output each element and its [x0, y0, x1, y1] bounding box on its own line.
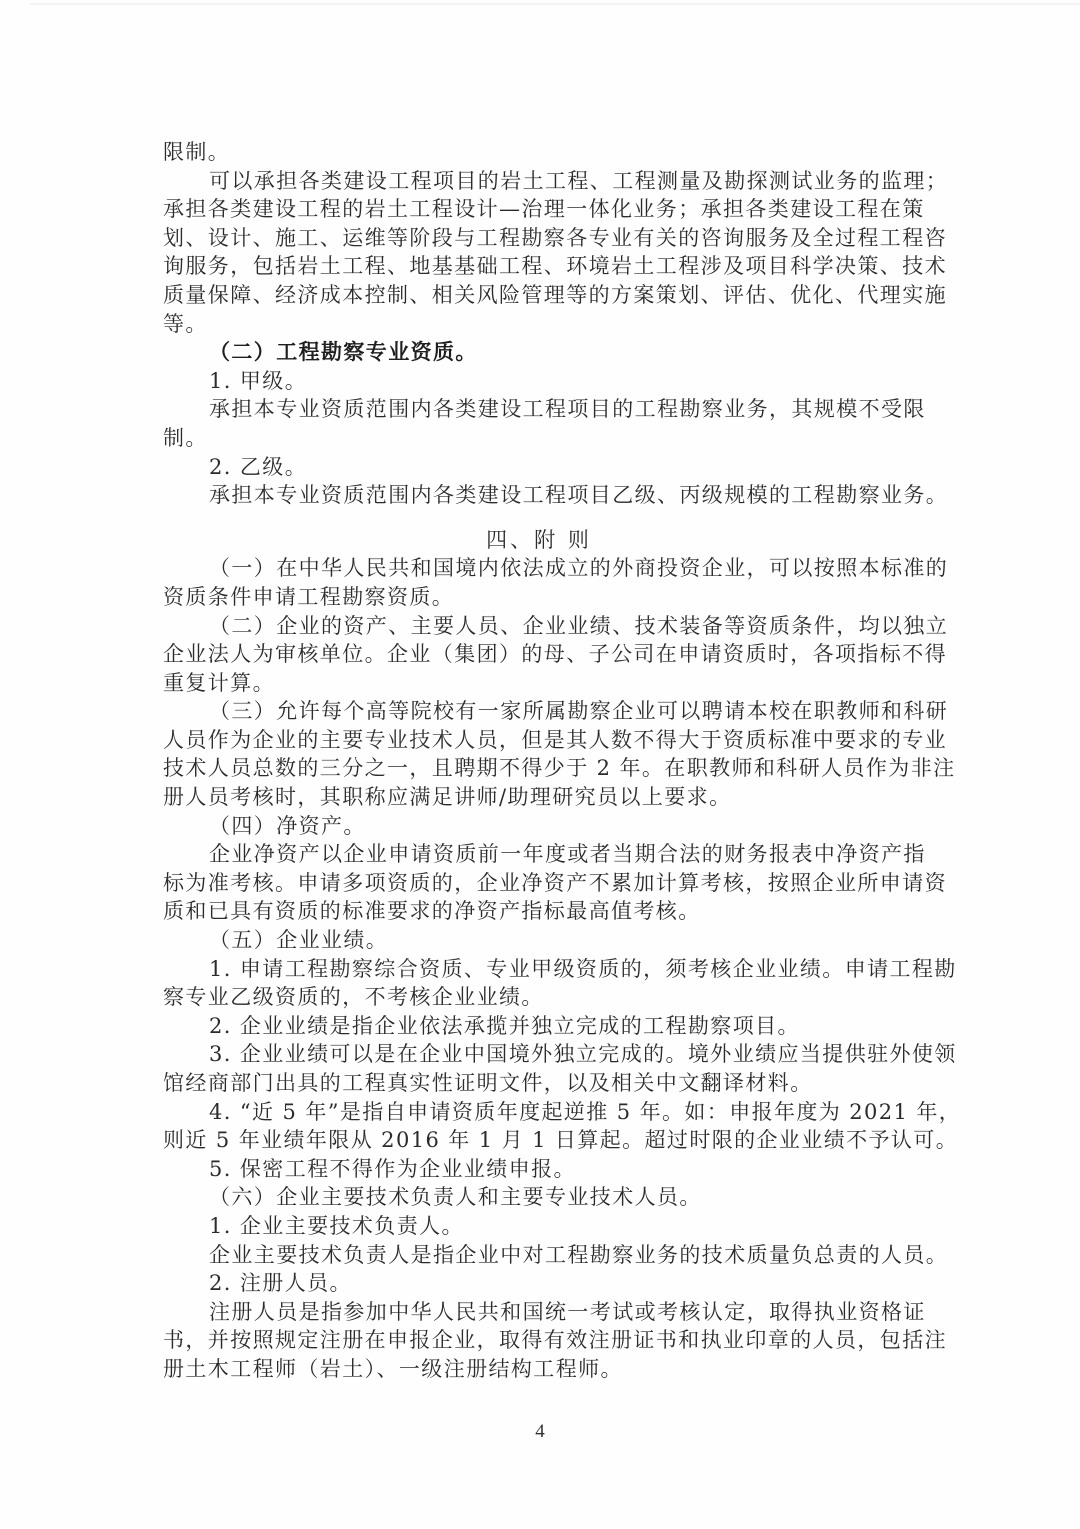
- document-page: 限制。 可以承担各类建设工程项目的岩土工程、工程测量及勘探测试业务的监理； 承担…: [0, 0, 1080, 1529]
- paragraph-tech-lead: 企业主要技术负责人是指企业中对工程勘察业务的技术质量负总责的人员。: [163, 1241, 915, 1270]
- paragraph-net-assets: 企业净资产以企业申请资质前一年度或者当期合法的财务报表中净资产指 标为准考核。申…: [163, 840, 915, 926]
- item-label-grade-a: 1. 甲级。: [163, 367, 915, 396]
- text-line: 质量保障、经济成本控制、相关风险管理等的方案策划、评估、优化、代理实施: [163, 281, 915, 310]
- item-label-registered: 2. 注册人员。: [163, 1269, 915, 1298]
- text-line: 企业净资产以企业申请资质前一年度或者当期合法的财务报表中净资产指: [163, 840, 915, 869]
- paragraph-performance-5: 5. 保密工程不得作为企业业绩申报。: [163, 1155, 915, 1184]
- paragraph-appendix-2: （二）企业的资产、主要人员、企业业绩、技术装备等资质条件，均以独立 企业法人为审…: [163, 612, 915, 698]
- section-heading: 四、附 则: [163, 526, 915, 555]
- text-line: 书，并按照规定注册在申报企业，取得有效注册证书和执业印章的人员，包括注: [163, 1326, 915, 1355]
- paragraph-performance-2: 2. 企业业绩是指企业依法承揽并独立完成的工程勘察项目。: [163, 1012, 915, 1041]
- text-line: 承担本专业资质范围内各类建设工程项目的工程勘察业务，其规模不受限: [163, 395, 915, 424]
- text-line: 资质条件申请工程勘察资质。: [163, 583, 915, 612]
- item-label-tech-lead: 1. 企业主要技术负责人。: [163, 1212, 915, 1241]
- text-line: 制。: [163, 424, 915, 453]
- paragraph-performance-4: 4. “近 5 年”是指自申请资质年度起逆推 5 年。如：申报年度为 2021 …: [163, 1098, 915, 1155]
- text-line: （二）企业的资产、主要人员、企业业绩、技术装备等资质条件，均以独立: [163, 612, 915, 641]
- text-line: （三）允许每个高等院校有一家所属勘察企业可以聘请本校在职教师和科研: [163, 697, 915, 726]
- text-line: 可以承担各类建设工程项目的岩土工程、工程测量及勘探测试业务的监理；: [163, 167, 915, 196]
- text-line: （一）在中华人民共和国境内依法成立的外商投资企业，可以按照本标准的: [163, 554, 915, 583]
- item-heading-net-assets: （四）净资产。: [163, 812, 915, 841]
- text-line: 技术人员总数的三分之一，且聘期不得少于 2 年。在职教师和科研人员作为非注: [163, 754, 915, 783]
- text-line: 则近 5 年业绩年限从 2016 年 1 月 1 日算起。超过时限的企业业绩不予…: [163, 1126, 915, 1155]
- text-line: 3. 企业业绩可以是在企业中国境外独立完成的。境外业绩应当提供驻外使领: [163, 1040, 915, 1069]
- text-line: 询服务，包括岩土工程、地基基础工程、环境岩土工程涉及项目科学决策、技术: [163, 252, 915, 281]
- item-label-grade-b: 2. 乙级。: [163, 453, 915, 482]
- subsection-heading: （二）工程勘察专业资质。: [163, 338, 915, 367]
- text-line: 重复计算。: [163, 669, 915, 698]
- paragraph-appendix-3: （三）允许每个高等院校有一家所属勘察企业可以聘请本校在职教师和科研 人员作为企业…: [163, 697, 915, 811]
- document-body: 限制。 可以承担各类建设工程项目的岩土工程、工程测量及勘探测试业务的监理； 承担…: [163, 138, 915, 1384]
- text-line: 1. 申请工程勘察综合资质、专业甲级资质的，须考核企业业绩。申请工程勘: [163, 955, 915, 984]
- text-line: 承担各类建设工程的岩土工程设计—治理一体化业务；承担各类建设工程在策: [163, 195, 915, 224]
- text-line: 4. “近 5 年”是指自申请资质年度起逆推 5 年。如：申报年度为 2021 …: [163, 1098, 915, 1127]
- text-line: 注册人员是指参加中华人民共和国统一考试或考核认定，取得执业资格证: [163, 1298, 915, 1327]
- paragraph-grade-b: 承担本专业资质范围内各类建设工程项目乙级、丙级规模的工程勘察业务。: [163, 481, 915, 510]
- text-line: 馆经商部门出具的工程真实性证明文件，以及相关中文翻译材料。: [163, 1069, 915, 1098]
- text-line: 等。: [163, 310, 915, 339]
- paragraph-appendix-1: （一）在中华人民共和国境内依法成立的外商投资企业，可以按照本标准的 资质条件申请…: [163, 554, 915, 611]
- item-heading-performance: （五）企业业绩。: [163, 926, 915, 955]
- item-heading-personnel: （六）企业主要技术负责人和主要专业技术人员。: [163, 1183, 915, 1212]
- paragraph-performance-1: 1. 申请工程勘察综合资质、专业甲级资质的，须考核企业业绩。申请工程勘 察专业乙…: [163, 955, 915, 1012]
- text-line: 企业法人为审核单位。企业（集团）的母、子公司在申请资质时，各项指标不得: [163, 640, 915, 669]
- scan-edge: [30, 3, 1080, 5]
- paragraph-scope: 可以承担各类建设工程项目的岩土工程、工程测量及勘探测试业务的监理； 承担各类建设…: [163, 167, 915, 339]
- text-line: 察专业乙级资质的，不考核企业业绩。: [163, 983, 915, 1012]
- paragraph-registered: 注册人员是指参加中华人民共和国统一考试或考核认定，取得执业资格证 书，并按照规定…: [163, 1298, 915, 1384]
- text-line: 人员作为企业的主要专业技术人员，但是其人数不得大于资质标准中要求的专业: [163, 726, 915, 755]
- text-line: 质和已具有资质的标准要求的净资产指标最高值考核。: [163, 897, 915, 926]
- page-number: 4: [0, 1421, 1080, 1443]
- text-line: 限制。: [163, 138, 915, 167]
- text-line: 划、设计、施工、运维等阶段与工程勘察各专业有关的咨询服务及全过程工程咨: [163, 224, 915, 253]
- paragraph-grade-a: 承担本专业资质范围内各类建设工程项目的工程勘察业务，其规模不受限 制。: [163, 395, 915, 452]
- paragraph-performance-3: 3. 企业业绩可以是在企业中国境外独立完成的。境外业绩应当提供驻外使领 馆经商部…: [163, 1040, 915, 1097]
- text-line: 册人员考核时，其职称应满足讲师/助理研究员以上要求。: [163, 783, 915, 812]
- text-line: 册土木工程师（岩土）、一级注册结构工程师。: [163, 1355, 915, 1384]
- text-line: 标为准考核。申请多项资质的，企业净资产不累加计算考核，按照企业所申请资: [163, 869, 915, 898]
